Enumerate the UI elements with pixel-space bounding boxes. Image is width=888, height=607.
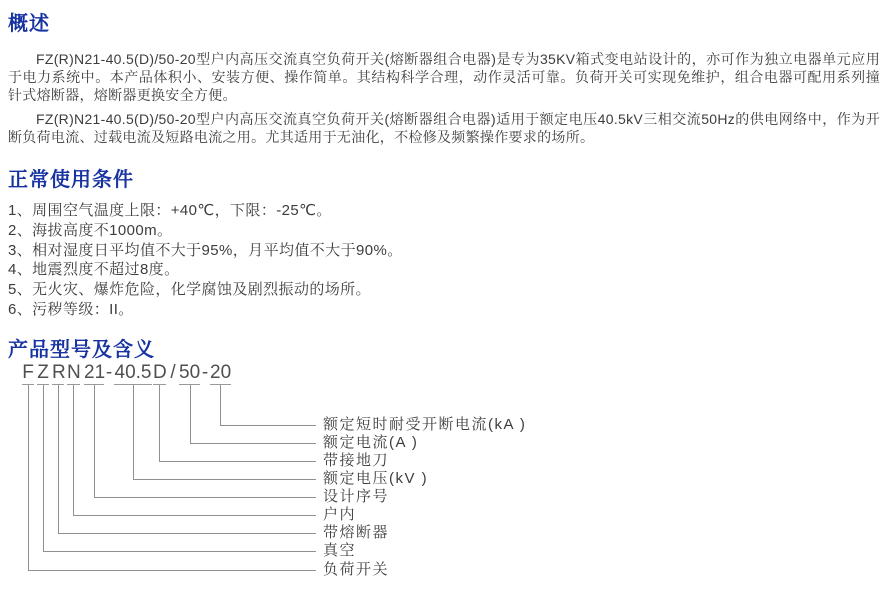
legend-label-with-fuse: 带熔断器 xyxy=(323,524,389,542)
connector-hline-N xyxy=(73,515,316,516)
conditions-list: 1、周围空气温度上限：+40℃，下限：-25℃。 2、海拔高度不1000m。 3… xyxy=(8,201,880,320)
page-content: 概述 FZ(R)N21-40.5(D)/50-20型户内高压交流真空负荷开关(熔… xyxy=(0,0,888,600)
section-title-conditions: 正常使用条件 xyxy=(8,168,880,192)
legend-label-vacuum: 真空 xyxy=(323,542,356,560)
section-title-overview: 概述 xyxy=(8,12,880,36)
model-segment-dash1: - xyxy=(104,362,114,383)
model-segment-dash2: - xyxy=(200,362,210,383)
legend-label-design-serial: 设计序号 xyxy=(323,488,389,506)
connector-hline-20 xyxy=(220,425,316,426)
connector-hline-F xyxy=(28,570,316,571)
connector-hline-Z xyxy=(43,551,316,552)
condition-item-4: 4、地震烈度不超过8度。 xyxy=(8,260,880,280)
model-segment-F: F xyxy=(22,362,34,385)
connector-hline-R xyxy=(58,533,316,534)
connector-vline-40-5 xyxy=(133,385,134,479)
connector-vline-N xyxy=(73,385,74,515)
overview-paragraph-2: FZ(R)N21-40.5(D)/50-20型户内高压交流真空负荷开关(熔断器组… xyxy=(8,110,880,146)
connector-hline-50 xyxy=(190,443,316,444)
condition-item-5: 5、无火灾、爆炸危险，化学腐蚀及剧烈振动的场所。 xyxy=(8,280,880,300)
legend-label-rated-current: 额定电流(A ) xyxy=(323,434,418,452)
connector-vline-21 xyxy=(94,385,95,497)
legend-label-load-switch: 负荷开关 xyxy=(323,561,389,579)
model-designation-diagram: F Z R N 21 - 40.5 D / 50 - 20 额定短时耐受开断电流… xyxy=(8,362,888,600)
connector-vline-Z xyxy=(43,385,44,551)
legend-label-earthing-switch: 带接地刀 xyxy=(323,452,389,470)
model-segment-slash: / xyxy=(168,362,178,383)
connector-vline-R xyxy=(58,385,59,533)
connector-hline-D xyxy=(159,461,316,462)
legend-label-rated-voltage: 额定电压(kV ) xyxy=(323,470,428,488)
connector-vline-F xyxy=(28,385,29,570)
catalog-page: 概述 FZ(R)N21-40.5(D)/50-20型户内高压交流真空负荷开关(熔… xyxy=(0,0,888,607)
connector-vline-D xyxy=(159,385,160,461)
legend-label-short-time-current: 额定短时耐受开断电流(kA ) xyxy=(323,416,526,434)
model-segment-R: R xyxy=(52,362,64,385)
model-segment-21: 21 xyxy=(84,362,104,385)
model-segment-50: 50 xyxy=(179,362,200,385)
connector-vline-50 xyxy=(190,385,191,443)
overview-paragraph-1: FZ(R)N21-40.5(D)/50-20型户内高压交流真空负荷开关(熔断器组… xyxy=(8,50,880,104)
condition-item-2: 2、海拔高度不1000m。 xyxy=(8,221,880,241)
connector-hline-21 xyxy=(94,497,316,498)
model-segment-N: N xyxy=(67,362,80,385)
section-title-model: 产品型号及含义 xyxy=(8,338,880,362)
connector-vline-20 xyxy=(220,385,221,425)
condition-item-3: 3、相对湿度日平均值不大于95%，月平均值不大于90%。 xyxy=(8,241,880,261)
model-segment-20: 20 xyxy=(210,362,231,385)
model-segment-40-5: 40.5 xyxy=(114,362,152,385)
legend-label-indoor: 户内 xyxy=(323,506,356,524)
condition-item-1: 1、周围空气温度上限：+40℃，下限：-25℃。 xyxy=(8,201,880,221)
model-segment-Z: Z xyxy=(37,362,49,385)
connector-hline-40-5 xyxy=(133,479,316,480)
condition-item-6: 6、污秽等级：II。 xyxy=(8,300,880,320)
model-segment-D: D xyxy=(153,362,166,385)
